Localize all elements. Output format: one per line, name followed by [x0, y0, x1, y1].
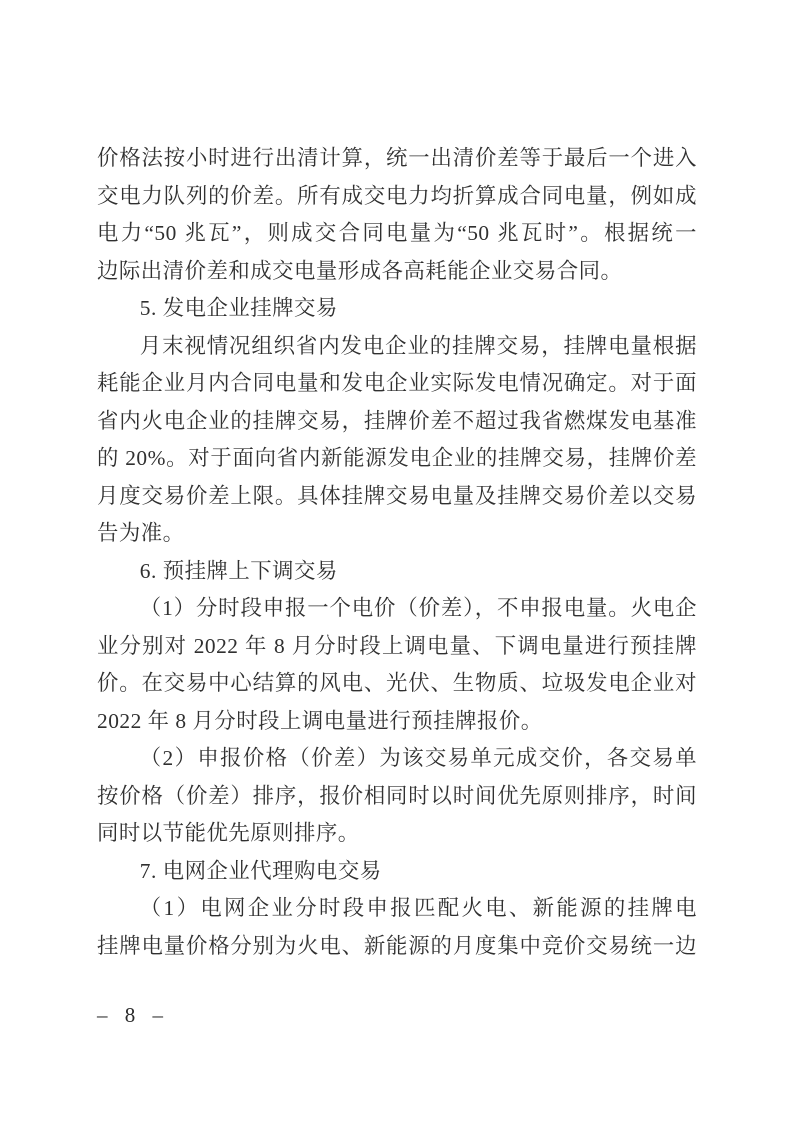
- text-line: 按价格（价差）排序，报价相同时以时间优先原则排序，时间相: [97, 778, 697, 816]
- text-line: 5. 发电企业挂牌交易: [97, 290, 697, 328]
- text-line: 告为准。: [97, 515, 697, 553]
- text-line: 耗能企业月内合同电量和发电企业实际发电情况确定。对于面向: [97, 365, 697, 403]
- text-line: 7. 电网企业代理购电交易: [97, 853, 697, 891]
- text-line: 月末视情况组织省内发电企业的挂牌交易，挂牌电量根据高: [97, 328, 697, 366]
- text-line: （2）申报价格（价差）为该交易单元成交价，各交易单元: [97, 740, 697, 778]
- text-line: 价。在交易中心结算的风电、光伏、生物质、垃圾发电企业对: [97, 665, 697, 703]
- text-line: 同时以节能优先原则排序。: [97, 815, 697, 853]
- text-line: 交电力队列的价差。所有成交电力均折算成合同电量，例如成交: [97, 178, 697, 216]
- document-body: 价格法按小时进行出清计算，统一出清价差等于最后一个进入成交电力队列的价差。所有成…: [97, 140, 697, 965]
- text-line: 省内火电企业的挂牌交易，挂牌价差不超过我省燃煤发电基准价: [97, 403, 697, 441]
- text-line: 电力“50 兆瓦”，则成交合同电量为“50 兆瓦时”。根据统一: [97, 215, 697, 253]
- text-line: （1）分时段申报一个电价（价差），不申报电量。火电企: [97, 590, 697, 628]
- text-line: 月度交易价差上限。具体挂牌交易电量及挂牌交易价差以交易公: [97, 478, 697, 516]
- text-line: 2022 年 8 月分时段上调电量进行预挂牌报价。: [97, 703, 697, 741]
- text-line: （1）电网企业分时段申报匹配火电、新能源的挂牌电量，: [97, 890, 697, 928]
- text-line: 6. 预挂牌上下调交易: [97, 553, 697, 591]
- text-line: 价格法按小时进行出清计算，统一出清价差等于最后一个进入成: [97, 140, 697, 178]
- text-line: 边际出清价差和成交电量形成各高耗能企业交易合同。: [97, 253, 697, 291]
- text-line: 业分别对 2022 年 8 月分时段上调电量、下调电量进行预挂牌报: [97, 628, 697, 666]
- text-line: 的 20%。对于面向省内新能源发电企业的挂牌交易，挂牌价差为: [97, 440, 697, 478]
- page-number: – 8 –: [97, 1000, 169, 1030]
- scanned-document-page: 价格法按小时进行出清计算，统一出清价差等于最后一个进入成交电力队列的价差。所有成…: [0, 0, 794, 1123]
- text-line: 挂牌电量价格分别为火电、新能源的月度集中竞价交易统一边际: [97, 928, 697, 966]
